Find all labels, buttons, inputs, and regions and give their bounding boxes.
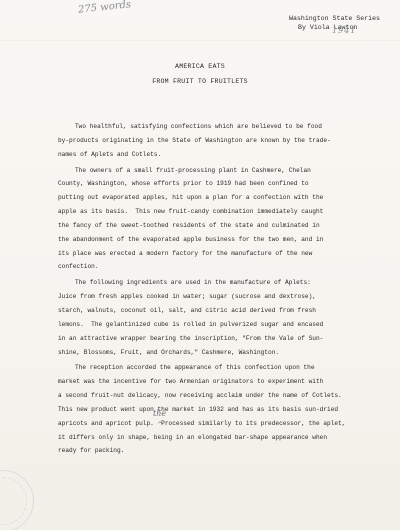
text-line: the abandonment of the evaporated apple … <box>58 233 358 247</box>
text-line: market was the incentive for two Armenia… <box>58 375 358 389</box>
text-line: starch, walnuts, coconut oil, salt, and … <box>58 304 358 318</box>
document-subtitle: FROM FRUIT TO FRUITLETS <box>0 78 400 85</box>
text-line: ready for packing. <box>58 444 358 458</box>
text-line: Juice from fresh apples cooked in water;… <box>58 290 358 304</box>
text-line: The reception accorded the appearance of… <box>58 361 358 375</box>
text-line: putting out evaporated apples, hit upon … <box>58 191 358 205</box>
text-line: in an attractive wrapper bearing the ins… <box>58 332 358 346</box>
pencil-word-count-note: 275 words <box>78 0 132 16</box>
text-line: The following ingredients are used in th… <box>58 276 358 290</box>
text-line: confection. <box>58 260 358 274</box>
pencil-year-note: 1941 <box>332 26 356 35</box>
text-line: apricots and apricot pulp. Processed sim… <box>58 417 358 431</box>
handwritten-insertion: the <box>153 409 166 418</box>
library-stamp-icon <box>0 470 34 530</box>
text-line: County, Washington, whose efforts prior … <box>58 177 358 191</box>
text-line: the fancy of the sweet-toothed residents… <box>58 219 358 233</box>
text-line: shine, Blossoms, Fruit, and Orchards," C… <box>58 346 358 360</box>
text-line: a second fruit-nut delicacy, now receivi… <box>58 389 358 403</box>
text-line: its place was erected a modern factory f… <box>58 247 358 261</box>
document-body: Two healthful, satisfying confections wh… <box>58 120 358 458</box>
text-line: This new product went upon the market in… <box>58 403 358 417</box>
text-line: Two healthful, satisfying confections wh… <box>58 120 358 134</box>
text-line: The owners of a small fruit-processing p… <box>58 164 358 178</box>
series-name: Washington State Series <box>289 14 380 23</box>
text-line: by-products originating in the State of … <box>58 134 358 148</box>
text-line: lemons. The gelantinized cube is rolled … <box>58 318 358 332</box>
caret-mark-icon: ^ <box>157 421 163 429</box>
text-line: apple as its basis. This new fruit-candy… <box>58 205 358 219</box>
text-line: names of Aplets and Cotlets. <box>58 148 358 162</box>
document-page: 275 words Washington State SeriesBy Viol… <box>0 0 400 530</box>
document-title: AMERICA EATS <box>0 63 400 70</box>
text-line: it differs only in shape, being in an el… <box>58 431 358 445</box>
paper-crease <box>0 40 400 41</box>
